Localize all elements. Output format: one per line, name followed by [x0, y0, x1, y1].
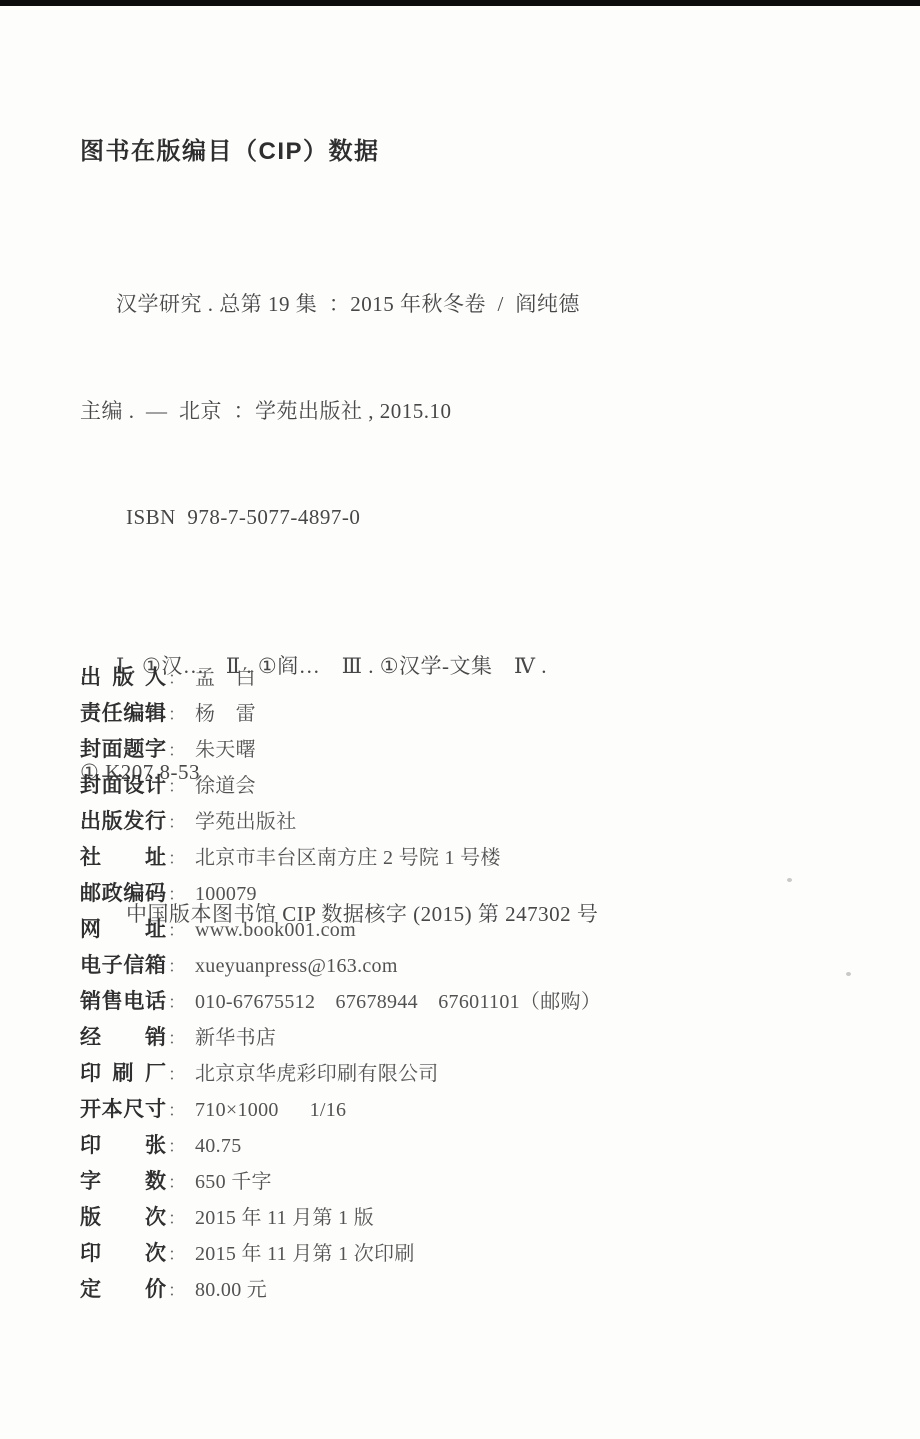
field-colon: ： — [168, 949, 185, 985]
field-colon: ： — [168, 661, 185, 697]
publication-info-row-edition: 版次：2015 年 11 月第 1 版 — [80, 1200, 880, 1236]
cip-description-line1: 汉学研究 . 总第 19 集 ：2015 年秋冬卷 / 阎纯德 — [80, 287, 870, 323]
field-label: 开本尺寸 — [80, 1092, 166, 1128]
field-value: 010-67675512 67678944 67601101（邮购） — [195, 984, 601, 1020]
field-value: 2015 年 11 月第 1 次印刷 — [195, 1236, 415, 1272]
cip-title: 图书在版编目（CIP）数据 — [80, 131, 870, 166]
publication-info-row-format-size: 开本尺寸：710×1000 1/16 — [80, 1092, 880, 1128]
field-label: 封面设计 — [80, 768, 166, 804]
field-colon: ： — [168, 1237, 185, 1273]
field-label: 责任编辑 — [80, 696, 166, 732]
field-value: 杨 雷 — [195, 696, 256, 732]
scan-speck — [846, 972, 851, 976]
field-value: 徐道会 — [195, 768, 256, 804]
publication-info-row-editor: 责任编辑：杨 雷 — [80, 696, 880, 732]
field-label: 字数 — [80, 1164, 166, 1200]
publication-info-row-distributor: 经销：新华书店 — [80, 1020, 880, 1056]
field-label: 销售电话 — [80, 984, 166, 1020]
field-colon: ： — [168, 733, 185, 769]
scan-edge-bar — [0, 0, 920, 6]
field-label: 社址 — [80, 840, 166, 876]
field-value: 710×1000 1/16 — [195, 1092, 346, 1128]
field-colon: ： — [168, 1057, 185, 1093]
field-label: 封面题字 — [80, 732, 166, 768]
field-colon: ： — [168, 841, 185, 877]
field-label: 印次 — [80, 1236, 166, 1272]
field-label: 出版人 — [80, 660, 166, 696]
field-value: 学苑出版社 — [195, 804, 297, 840]
publication-info-row-website: 网址：www.book001.com — [80, 912, 880, 948]
field-value: 孟 白 — [195, 660, 256, 696]
publication-info-list: 出版人：孟 白 责任编辑：杨 雷 封面题字：朱天曙 封面设计：徐道会 出版发行：… — [80, 660, 880, 1308]
field-label: 印张 — [80, 1128, 166, 1164]
field-value: 80.00 元 — [195, 1272, 267, 1308]
field-colon: ： — [168, 1165, 185, 1201]
field-colon: ： — [168, 985, 185, 1021]
publication-info-row-printer: 印刷厂：北京京华虎彩印刷有限公司 — [80, 1056, 880, 1092]
field-value: 北京京华虎彩印刷有限公司 — [195, 1056, 439, 1092]
field-colon: ： — [168, 1201, 185, 1237]
field-colon: ： — [168, 1273, 185, 1309]
field-colon: ： — [168, 697, 185, 733]
field-label: 电子信箱 — [80, 948, 166, 984]
field-label: 网址 — [80, 912, 166, 948]
field-label: 邮政编码 — [80, 876, 166, 912]
publication-info-row-word-count: 字数：650 千字 — [80, 1164, 880, 1200]
cip-description-line2: 主编 . — 北京 ：学苑出版社 , 2015.10 — [80, 394, 870, 430]
field-value: 朱天曙 — [195, 732, 256, 768]
field-label: 定价 — [80, 1272, 166, 1308]
field-value: 北京市丰台区南方庄 2 号院 1 号楼 — [195, 840, 501, 876]
scan-speck — [787, 878, 792, 882]
field-value: www.book001.com — [195, 912, 356, 948]
publication-info-row-publisher: 出版发行：学苑出版社 — [80, 804, 880, 840]
field-label: 版次 — [80, 1200, 166, 1236]
cip-isbn: ISBN 978-7-5077-4897-0 — [80, 500, 870, 536]
publication-info-row-cover-design: 封面设计：徐道会 — [80, 768, 880, 804]
publication-info-row-publisher-person: 出版人：孟 白 — [80, 660, 880, 696]
field-value: 40.75 — [195, 1128, 242, 1164]
field-value: 2015 年 11 月第 1 版 — [195, 1200, 374, 1236]
publication-info-row-sales-phone: 销售电话：010-67675512 67678944 67601101（邮购） — [80, 984, 880, 1020]
field-colon: ： — [168, 805, 185, 841]
field-value: 100079 — [195, 876, 257, 912]
publication-info-row-cover-calligraphy: 封面题字：朱天曙 — [80, 732, 880, 768]
field-colon: ： — [168, 877, 185, 913]
field-label: 出版发行 — [80, 804, 166, 840]
publication-info-row-price: 定价：80.00 元 — [80, 1272, 880, 1308]
publication-info-row-sheets: 印张：40.75 — [80, 1128, 880, 1164]
field-colon: ： — [168, 1093, 185, 1129]
publication-info-row-address: 社址：北京市丰台区南方庄 2 号院 1 号楼 — [80, 840, 880, 876]
publication-info-row-printing: 印次：2015 年 11 月第 1 次印刷 — [80, 1236, 880, 1272]
publication-info-row-email: 电子信箱：xueyuanpress@163.com — [80, 948, 880, 984]
field-label: 印刷厂 — [80, 1056, 166, 1092]
copyright-page: 图书在版编目（CIP）数据 汉学研究 . 总第 19 集 ：2015 年秋冬卷 … — [0, 0, 920, 1439]
publication-info-row-postcode: 邮政编码：100079 — [80, 876, 880, 912]
field-value: 新华书店 — [195, 1020, 276, 1056]
field-colon: ： — [168, 1021, 185, 1057]
field-value: 650 千字 — [195, 1164, 272, 1200]
field-colon: ： — [168, 769, 185, 805]
field-colon: ： — [168, 1129, 185, 1165]
field-value: xueyuanpress@163.com — [195, 948, 398, 984]
field-label: 经销 — [80, 1020, 166, 1056]
field-colon: ： — [168, 913, 185, 949]
